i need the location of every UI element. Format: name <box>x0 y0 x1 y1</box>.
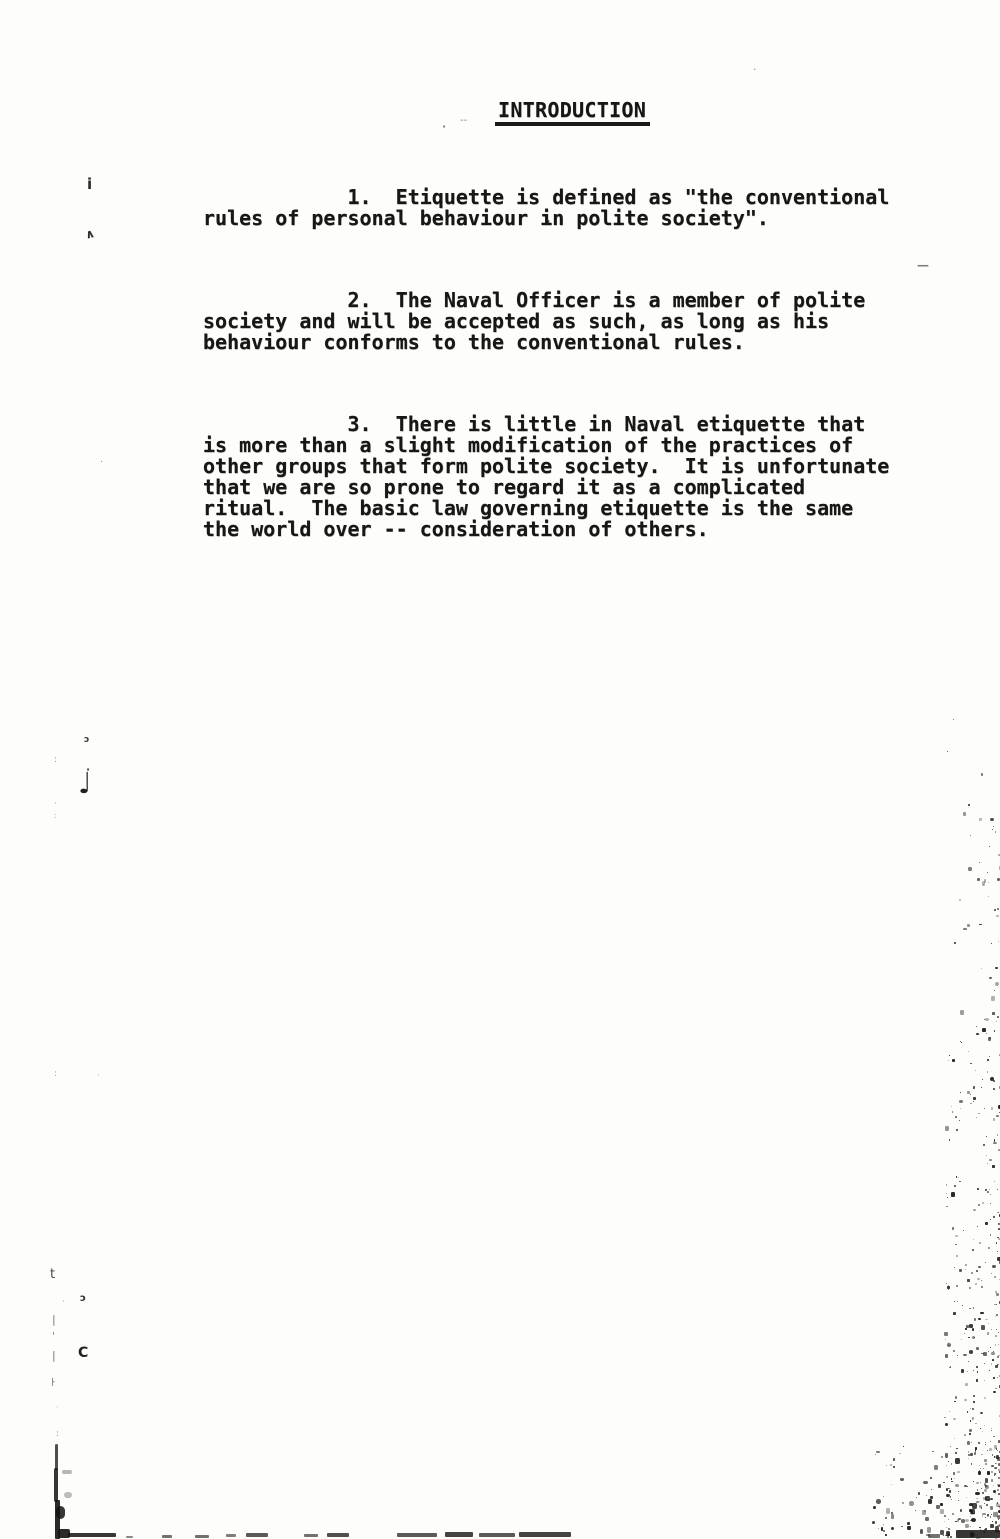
scan-noise-dot <box>976 1366 978 1368</box>
scan-noise-dot <box>970 1510 973 1514</box>
scan-noise-dot <box>977 878 981 882</box>
scan-noise-dot <box>969 1287 971 1289</box>
scan-noise-dot <box>960 1092 961 1093</box>
scan-noise-dot <box>953 1350 955 1352</box>
scan-noise-dot <box>973 1097 976 1100</box>
scan-noise-dot <box>926 1534 930 1537</box>
scan-noise-dot <box>971 1272 973 1274</box>
scan-noise-dot <box>995 831 996 832</box>
scan-noise-dot <box>943 1535 944 1536</box>
scan-noise-dot <box>994 909 996 912</box>
scan-noise-dot <box>901 1526 902 1527</box>
scan-noise-dot <box>971 1513 974 1515</box>
scan-noise-dot <box>997 1364 998 1366</box>
scan-noise-dot <box>973 1481 975 1482</box>
scan-noise-dot <box>955 1116 957 1118</box>
scan-noise-dot <box>970 1063 972 1064</box>
scan-noise-dot <box>978 1113 979 1114</box>
scan-noise-dot <box>967 924 971 927</box>
scan-noise-dot <box>996 1115 999 1117</box>
scan-edge-mark <box>304 1534 318 1537</box>
scan-noise-dot <box>984 1397 986 1399</box>
scan-noise-dot <box>947 1343 951 1347</box>
scan-noise-dot <box>971 1519 973 1520</box>
scan-noise-dot <box>925 1517 929 1521</box>
scan-noise-dot <box>950 1366 951 1367</box>
scan-noise-dot <box>949 1139 951 1142</box>
scan-noise-dot <box>907 1526 911 1530</box>
scan-noise-dot <box>976 1026 977 1027</box>
scan-edge-mark <box>56 1506 65 1519</box>
scan-noise-dot <box>950 1446 951 1447</box>
scan-noise-dot <box>995 1493 996 1494</box>
scan-noise-dot <box>991 996 995 1001</box>
scan-noise-dot <box>993 1512 997 1517</box>
scan-noise-dot <box>941 1456 943 1458</box>
scan-noise-dot <box>968 1458 969 1459</box>
scan-noise-dot <box>938 1484 941 1488</box>
scan-noise-dot <box>883 1496 884 1498</box>
scan-noise-dot <box>987 1499 990 1502</box>
scan-noise-dot <box>996 1293 999 1297</box>
scan-noise-dot <box>930 1496 933 1500</box>
ink-mark: : <box>56 1430 59 1439</box>
scan-noise-dot <box>991 1428 992 1429</box>
scan-noise-dot <box>988 882 989 883</box>
scan-noise-dot <box>984 879 986 882</box>
scan-noise-dot <box>987 1514 990 1516</box>
scan-noise-dot <box>993 1142 997 1145</box>
ink-mark: ∧ <box>84 227 96 241</box>
scan-noise-dot <box>968 1051 969 1052</box>
scan-noise-dot <box>980 1428 981 1430</box>
scan-noise-dot <box>953 1418 956 1421</box>
scan-noise-dot <box>891 1512 893 1514</box>
scan-noise-dot <box>883 1524 884 1525</box>
scan-noise-dot <box>965 1264 967 1266</box>
scan-noise-dot <box>976 1505 977 1506</box>
scan-noise-dot <box>957 1471 960 1473</box>
scan-noise-dot <box>958 1177 959 1178</box>
scan-noise-dot <box>973 1401 975 1403</box>
scan-noise-dot <box>946 1465 947 1466</box>
scan-noise-dot <box>988 1323 989 1325</box>
scan-noise-dot <box>995 1365 998 1369</box>
paragraph-2: 2. The Naval Officer is a member of poli… <box>203 290 889 353</box>
scan-noise-dot <box>985 1478 989 1483</box>
scan-noise-dot <box>978 1318 981 1321</box>
scan-noise-dot <box>974 1452 976 1455</box>
scan-noise-dot <box>987 1516 989 1517</box>
scan-noise-dot <box>975 1283 977 1285</box>
scan-noise-dot <box>996 1329 997 1330</box>
scan-noise-dot <box>994 1304 996 1305</box>
scan-noise-dot <box>995 1473 996 1474</box>
scan-noise-dot <box>971 1534 975 1537</box>
scan-noise-dot <box>975 1492 980 1495</box>
scan-noise-dot <box>990 1524 994 1529</box>
scan-noise-dot <box>997 1377 998 1378</box>
scan-noise-dot <box>987 1471 990 1474</box>
scan-noise-dot <box>996 1457 998 1459</box>
scan-noise-dot <box>950 1496 952 1497</box>
scan-noise-dot <box>998 1332 1000 1334</box>
scan-noise-dot <box>991 1352 995 1356</box>
scan-noise-dot <box>891 1484 892 1485</box>
scan-noise-dot <box>885 1534 887 1536</box>
scan-noise-dot <box>997 1189 998 1190</box>
scan-noise-dot <box>950 1536 953 1539</box>
scan-noise-dot <box>984 1425 985 1426</box>
scan-noise-dot <box>986 1136 987 1137</box>
scan-noise-dot <box>985 1319 988 1321</box>
scan-edge-mark <box>58 1529 70 1538</box>
scan-noise-dot <box>978 1204 980 1206</box>
scan-noise-dot <box>960 1041 961 1042</box>
scan-noise-dot <box>915 1510 916 1511</box>
scan-noise-dot <box>909 1501 913 1505</box>
ink-mark: · <box>54 800 57 809</box>
ink-mark: — <box>917 259 929 271</box>
scan-noise-dot <box>982 1431 983 1432</box>
scan-noise-dot <box>928 1499 933 1504</box>
scan-noise-dot <box>916 1497 917 1498</box>
scan-noise-dot <box>989 977 992 979</box>
scan-noise-dot <box>997 1212 998 1214</box>
scan-noise-dot <box>993 1080 996 1082</box>
scan-noise-dot <box>948 1285 950 1286</box>
scan-noise-dot <box>960 1509 962 1512</box>
scan-noise-dot <box>946 1494 949 1497</box>
scan-noise-dot <box>970 1453 973 1457</box>
scan-noise-dot <box>996 1021 997 1022</box>
scan-noise-dot <box>975 1423 976 1424</box>
scan-noise-dot <box>979 1527 981 1529</box>
scan-noise-dot <box>995 1316 996 1317</box>
scan-noise-dot <box>946 1527 947 1528</box>
scan-noise-dot <box>978 1442 980 1444</box>
ink-mark: | <box>52 1314 56 1325</box>
scan-noise-dot <box>991 1273 992 1274</box>
scan-noise-dot <box>970 1516 971 1518</box>
scan-noise-dot <box>945 1126 949 1131</box>
scan-noise-dot <box>994 1030 995 1031</box>
scan-noise-dot <box>958 1500 959 1502</box>
scan-noise-dot <box>969 1350 973 1354</box>
scan-noise-dot <box>987 1332 989 1335</box>
scan-noise-dot <box>954 1401 955 1402</box>
scan-edge-mark <box>479 1533 515 1537</box>
scan-noise-dot <box>951 1463 953 1465</box>
scan-noise-dot <box>902 1502 904 1504</box>
scan-noise-dot <box>970 835 971 837</box>
scan-noise-dot <box>959 1269 963 1272</box>
scan-noise-dot <box>956 1285 958 1287</box>
scan-noise-dot <box>981 1508 982 1509</box>
scan-noise-dot <box>954 1267 955 1268</box>
scan-noise-dot <box>991 1532 992 1533</box>
scan-noise-dot <box>967 1486 968 1487</box>
scan-noise-dot <box>973 1086 975 1089</box>
scan-edge-mark <box>162 1535 172 1538</box>
scan-noise-dot <box>980 1412 983 1414</box>
scan-noise-dot <box>979 862 980 864</box>
scan-noise-dot <box>984 1019 985 1020</box>
scan-noise-dot <box>990 1347 991 1348</box>
scan-edge-mark <box>62 1470 72 1474</box>
scan-noise-dot <box>945 1339 946 1340</box>
ink-mark: · <box>97 1072 100 1081</box>
scan-noise-dot <box>893 1466 895 1468</box>
scan-noise-dot <box>872 1521 875 1524</box>
scan-noise-dot <box>971 1442 972 1443</box>
scan-noise-dot <box>991 1471 993 1473</box>
scan-noise-dot <box>943 1482 944 1483</box>
scan-noise-dot <box>997 1525 998 1526</box>
scan-noise-dot <box>967 1279 969 1282</box>
scan-noise-dot <box>992 1077 993 1078</box>
scan-noise-dot <box>998 1212 999 1214</box>
scan-noise-dot <box>995 1526 999 1532</box>
scan-noise-dot <box>975 1450 976 1451</box>
scan-noise-dot <box>982 1515 983 1516</box>
scan-noise-dot <box>993 1351 994 1352</box>
scan-noise-dot <box>946 1488 949 1490</box>
scan-noise-dot <box>995 1467 997 1470</box>
scan-noise-dot <box>956 1255 958 1257</box>
scan-edge-mark <box>519 1532 571 1537</box>
scan-noise-dot <box>990 1506 993 1510</box>
scan-noise-dot <box>981 1325 985 1330</box>
scan-noise-dot <box>991 1363 993 1365</box>
scan-noise-dot <box>892 1527 893 1528</box>
scan-noise-dot <box>924 1510 926 1512</box>
scan-noise-dot <box>992 1521 993 1522</box>
scan-noise-dot <box>970 1531 971 1532</box>
scan-noise-dot <box>967 1441 971 1445</box>
scan-noise-dot <box>998 1344 999 1346</box>
scan-noise-dot <box>995 1291 997 1293</box>
scan-noise-dot <box>948 1060 949 1061</box>
scan-noise-dot <box>968 867 971 871</box>
scan-noise-dot <box>890 1464 892 1466</box>
scan-noise-dot <box>998 1364 999 1365</box>
scan-noise-dot <box>948 1528 951 1530</box>
scan-noise-dot <box>990 1077 994 1081</box>
scan-noise-dot <box>968 804 970 806</box>
scan-noise-dot <box>985 1487 986 1488</box>
scan-noise-dot <box>899 1453 900 1454</box>
scan-noise-dot <box>944 1332 948 1336</box>
scan-noise-dot <box>996 1531 999 1533</box>
ink-mark: · <box>753 64 757 75</box>
scan-noise-dot <box>970 1408 971 1409</box>
scan-noise-dot <box>982 881 986 885</box>
scan-noise-dot <box>992 829 993 830</box>
scan-noise-dot <box>981 1488 982 1489</box>
scan-noise-dot <box>940 1503 943 1506</box>
scan-noise-dot <box>930 1536 931 1537</box>
scan-noise-dot <box>995 1388 997 1389</box>
scan-noise-dot <box>991 1465 994 1467</box>
scan-noise-dot <box>985 1444 986 1445</box>
scan-noise-dot <box>949 1055 950 1056</box>
scan-noise-dot <box>980 1312 983 1314</box>
scan-noise-dot <box>893 1458 895 1461</box>
scan-noise-dot <box>944 1515 945 1517</box>
scan-noise-dot <box>982 1079 983 1080</box>
scan-noise-dot <box>885 1517 887 1519</box>
scan-noise-dot <box>993 1118 995 1120</box>
scan-noise-dot <box>952 1513 954 1515</box>
scan-noise-dot <box>989 846 990 847</box>
scan-noise-dot <box>967 1411 968 1413</box>
scan-noise-dot <box>886 1465 888 1466</box>
scan-noise-dot <box>981 968 982 969</box>
scan-noise-dot <box>990 1219 991 1220</box>
scan-noise-dot <box>979 818 982 821</box>
scan-noise-dot <box>948 1461 949 1462</box>
scan-noise-dot <box>992 1265 996 1268</box>
scan-noise-dot <box>970 1094 971 1096</box>
scan-noise-dot <box>994 1445 998 1449</box>
scan-noise-dot <box>990 1203 992 1204</box>
scan-noise-dot <box>976 1033 980 1035</box>
scan-noise-dot <box>961 1339 962 1340</box>
scan-noise-dot <box>946 1531 950 1537</box>
scan-noise-dot <box>977 1489 978 1491</box>
scan-noise-dot <box>995 967 998 969</box>
scan-noise-dot <box>891 1527 894 1530</box>
scan-edge-mark <box>226 1534 236 1537</box>
scan-noise-dot <box>934 1465 938 1470</box>
ink-mark: ɔ <box>80 1294 86 1304</box>
scan-noise-dot <box>926 1495 927 1496</box>
scanned-page: INTRODUCTION 1. Etiquette is defined as … <box>0 0 1000 1539</box>
scan-noise-dot <box>980 1482 982 1484</box>
scan-noise-dot <box>975 1447 977 1450</box>
scan-noise-dot <box>955 1458 960 1464</box>
scan-edge-mark <box>397 1533 437 1537</box>
scan-noise-dot <box>985 1463 987 1465</box>
scan-noise-dot <box>956 1129 958 1131</box>
scan-noise-dot <box>995 1463 996 1464</box>
scan-noise-dot <box>944 1417 946 1419</box>
scan-noise-dot <box>878 1528 879 1529</box>
scan-noise-dot <box>981 1087 982 1088</box>
scan-noise-dot <box>979 1470 980 1471</box>
scan-noise-dot <box>955 1244 956 1246</box>
scan-noise-dot <box>993 1436 995 1438</box>
scan-noise-dot <box>967 1091 970 1094</box>
scan-noise-dot <box>954 1478 955 1480</box>
scan-noise-dot <box>992 1359 994 1362</box>
scan-noise-dot <box>945 1453 948 1458</box>
scan-noise-dot <box>993 1391 995 1393</box>
scan-noise-dot <box>982 1492 984 1494</box>
scan-noise-dot <box>991 1514 992 1515</box>
scan-noise-dot <box>954 942 957 944</box>
scan-noise-dot <box>988 896 989 898</box>
scan-noise-dot <box>959 899 961 901</box>
scan-noise-dot <box>881 1527 883 1530</box>
scan-noise-dot <box>876 1451 879 1454</box>
scan-noise-dot <box>946 1206 947 1207</box>
scan-noise-dot <box>962 1305 963 1306</box>
scan-noise-dot <box>985 1018 989 1021</box>
scan-noise-dot <box>983 884 984 885</box>
scan-noise-dot <box>987 1496 988 1498</box>
ink-mark: ŀ <box>51 1377 55 1388</box>
scan-noise-dot <box>876 1499 881 1503</box>
scan-noise-dot <box>949 1367 950 1368</box>
scan-noise-dot <box>987 1191 989 1193</box>
scan-noise-dot <box>977 1278 980 1280</box>
scan-edge-mark <box>68 1533 116 1537</box>
scan-noise-dot <box>957 1355 958 1356</box>
scan-noise-dot <box>979 924 981 926</box>
scan-noise-dot <box>992 1454 993 1456</box>
ink-mark: · <box>100 458 103 468</box>
scan-edge-mark <box>246 1533 268 1537</box>
scan-noise-dot <box>971 1518 976 1522</box>
scan-noise-dot <box>988 1497 989 1498</box>
scan-noise-dot <box>984 1108 985 1109</box>
scan-noise-dot <box>995 1335 998 1337</box>
scan-edge-mark <box>55 1500 60 1539</box>
scan-noise-dot <box>947 751 948 752</box>
scan-noise-dot <box>989 1189 990 1190</box>
scan-noise-dot <box>984 1363 986 1364</box>
scan-noise-dot <box>985 1442 986 1443</box>
scan-noise-dot <box>998 1440 1000 1443</box>
scan-noise-dot <box>972 1249 974 1251</box>
scan-noise-dot <box>997 1489 1000 1491</box>
scan-noise-dot <box>998 1485 1000 1487</box>
ink-mark: · <box>86 764 90 775</box>
scan-noise-dot <box>993 1377 995 1379</box>
scan-noise-dot <box>946 1476 948 1478</box>
scan-noise-dot <box>990 1194 992 1195</box>
scan-noise-dot <box>952 1227 955 1230</box>
scan-noise-dot <box>969 1429 973 1432</box>
scan-noise-dot <box>958 1491 959 1492</box>
scan-noise-dot <box>974 1318 977 1321</box>
scan-noise-dot <box>995 982 999 986</box>
scan-noise-dot <box>970 1532 974 1537</box>
scan-noise-dot <box>973 1513 975 1515</box>
scan-noise-dot <box>948 1342 949 1343</box>
scan-noise-dot <box>991 943 992 945</box>
scan-noise-dot <box>940 1509 944 1514</box>
scan-noise-dot <box>979 1505 982 1508</box>
scan-edge-mark <box>956 1530 1000 1538</box>
scan-noise-dot <box>982 1028 986 1032</box>
scan-noise-dot <box>988 1247 991 1249</box>
scan-noise-dot <box>989 1448 992 1451</box>
scan-noise-dot <box>981 1280 982 1281</box>
scan-noise-dot <box>984 1483 986 1486</box>
scan-noise-dot <box>983 1468 985 1469</box>
scan-noise-dot <box>982 1513 986 1516</box>
scan-noise-dot <box>953 1472 955 1474</box>
scan-noise-dot <box>991 1107 994 1110</box>
scan-noise-dot <box>981 1286 983 1288</box>
scan-noise-dot <box>969 1503 973 1506</box>
scan-noise-dot <box>996 1463 997 1464</box>
scan-noise-dot <box>994 1467 997 1469</box>
scan-noise-dot <box>997 1237 1000 1239</box>
